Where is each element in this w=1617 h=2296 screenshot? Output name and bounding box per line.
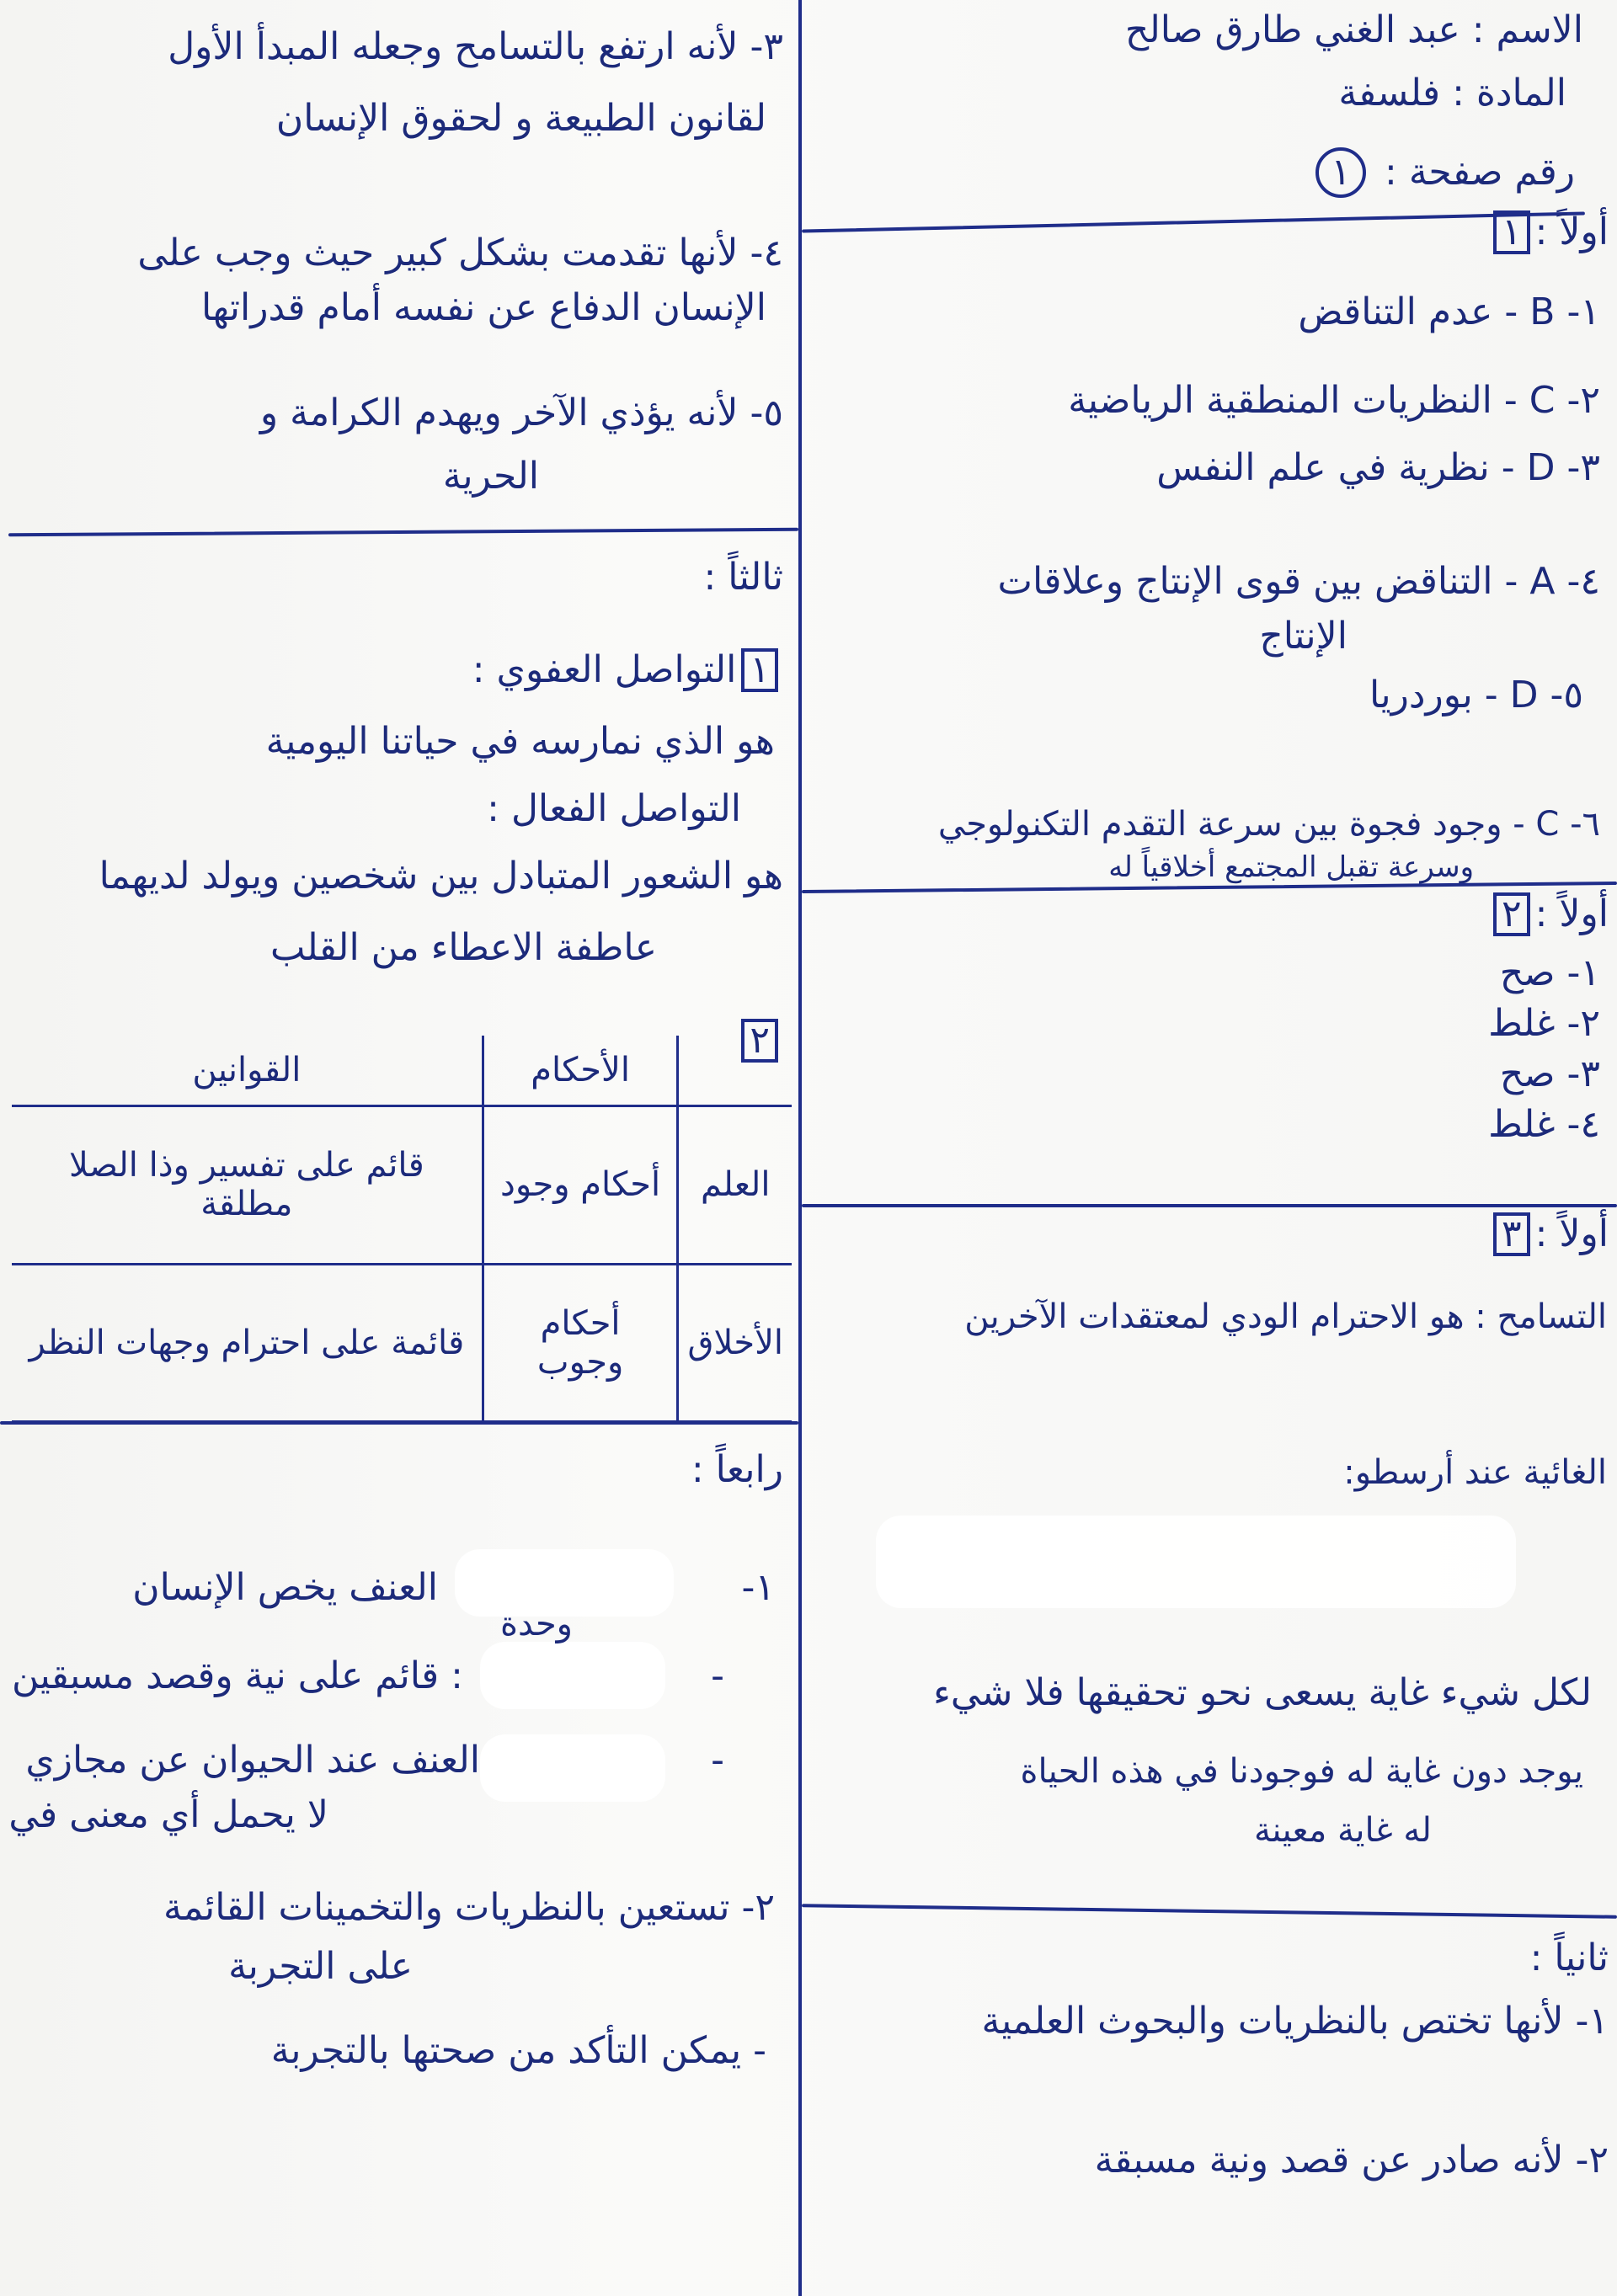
item-num: ٤- [750,232,783,274]
s2-item-3: ٣- صح [1500,1052,1600,1097]
fourth-item-2-bullet: - [711,1654,724,1699]
item-text: نظرية في علم النفس [1156,446,1489,489]
item-num: ٢- [1566,1002,1600,1045]
left-divider-1 [8,528,798,537]
item-text: عدم التناقض [1298,290,1492,333]
section1-title: أولاً : [1535,210,1609,253]
erased-area [480,1642,665,1709]
item-num: ٥- [750,392,783,434]
section2-divider [802,1204,1617,1207]
section1-heading: أولاً :١ [1488,210,1609,255]
s1-item-4: ٤- A - التناقض بين قوى الإنتاج وعلاقات [998,560,1600,605]
student-name: عبد الغني طارق صالح [1125,8,1460,51]
item-num: ٢- [741,1886,775,1929]
item-num: ٤- [1566,1103,1600,1146]
item-text: غلط [1488,1002,1555,1045]
item-num: ١- [1566,951,1600,994]
column-divider [798,0,802,2296]
effective-title: التواصل الفعال : [487,787,741,832]
erased-area [480,1734,665,1802]
spontaneous-definition: هو الذي نمارسه في حياتنا اليومية [266,720,775,764]
section3-box: ٣ [1493,1212,1530,1256]
subject-label: المادة : [1452,72,1566,115]
item-letter: D [1527,446,1556,489]
header-divider [802,211,1585,232]
table-cell: قائم على تفسير وذا الصلا مطلقة [12,1106,483,1265]
item-num: ١- [1566,290,1600,333]
s2-item-2: ٢- غلط [1488,1002,1600,1047]
item-num: ٣- [1566,446,1600,489]
page-number-circle: ١ [1315,147,1366,198]
item-text: لأنه يؤذي الآخر ويهدم الكرامة و [260,392,739,434]
item-text: صح [1500,1052,1556,1095]
spontaneous-heading: ١التواصل العفوي : [472,648,783,693]
item-num: - [753,2029,766,2072]
second-item-1: ١- لأنها تختص بالنظريات والبحوث العلمية [981,2000,1609,2044]
section1-box: ١ [1493,210,1530,254]
item-text: لأنه صادر عن قصد ونية مسبقة [1095,2139,1564,2181]
item-num: ٦- [1570,805,1600,844]
item-text: وجود فجوة بين سرعة التقدم التكنولوجي [938,805,1502,844]
item-text: النظريات المنطقية الرياضية [1068,379,1492,422]
page-number-line: رقم صفحة : ١ [1309,147,1575,198]
third-box-1: ١ [741,648,778,692]
item-text: لأنها تقدمت بشكل كبير حيث وجب على [137,232,738,274]
fourth-item-1: ١- [741,1566,775,1611]
teleology-label: الغائية عند أرسطو: [1343,1452,1607,1493]
fourth-item-5: - يمكن التأكد من صحتها بالتجربة [271,2029,766,2074]
item-text: صح [1500,951,1556,994]
s1-item-6-cont: وسرعة تقبل المجتمع أخلاقياً له [1108,850,1474,885]
left-item-5: ٥- لأنه يؤذي الآخر ويهدم الكرامة و [260,392,783,436]
s2-item-4: ٤- غلط [1488,1103,1600,1148]
item-text: يمكن التأكد من صحتها بالتجربة [271,2029,741,2072]
section2-box: ٢ [1493,892,1530,936]
item-text: بوردريا [1369,674,1473,717]
item-text: لأنها تختص بالنظريات والبحوث العلمية [981,2000,1563,2043]
table-header-judgments: الأحكام [483,1036,678,1106]
fourth-item-4-cont: على التجربة [228,1945,413,1990]
fourth-item-3-bullet: - [711,1739,724,1783]
table-row: الأخلاق أحكام وجوب قائمة على احترام وجها… [12,1264,792,1422]
item-num: ٣- [750,25,783,68]
left-item-4: ٤- لأنها تقدمت بشكل كبير حيث وجب على [137,232,783,276]
effective-def-line-1: هو الشعور المتبادل بين شخصين ويولد لديهم… [99,855,783,899]
s1-item-2: ٢- C - النظريات المنطقية الرياضية [1068,379,1600,424]
item-text: لأنه ارتفع بالتسامح وجعله المبدأ الأول [168,25,738,68]
table-cell: أحكام وجوب [483,1264,678,1422]
table-header-row: الأحكام القوانين [12,1036,792,1106]
answer-sheet: الاسم : عبد الغني طارق صالح المادة : فلس… [0,0,1617,2296]
item-num: ٣- [1566,1052,1600,1095]
teleology-line-3: له غاية معينة [1254,1810,1432,1851]
third-section-title: ثالثاً : [703,556,783,600]
left-item-5-cont: الحرية [443,455,539,499]
item-num: ١- [741,1566,775,1609]
table-cell: قائمة على احترام وجهات النظر [12,1264,483,1422]
s1-item-5: ٥- D - بوردريا [1369,674,1583,718]
fourth-item-2-text: : قائم على نية وقصد مسبقين [12,1654,463,1699]
item-num: ٢- [1566,379,1600,422]
s1-item-6: ٦- C - وجود فجوة بين سرعة التقدم التكنول… [938,804,1600,844]
subject-line: المادة : فلسفة [1338,72,1566,116]
s2-item-1: ١- صح [1500,951,1600,996]
table-header-laws: القوانين [12,1036,483,1106]
left-item-4-cont: الإنسان الدفاع عن نفسه أمام قدراتها [201,286,766,331]
teleology-line-1: لكل شيء غاية يسعى نحو تحقيقها فلا شيء [933,1671,1592,1716]
s1-item-3: ٣- D - نظرية في علم النفس [1156,446,1600,491]
item-letter: C [1535,805,1559,844]
section3-title: أولاً : [1535,1212,1609,1255]
name-line: الاسم : عبد الغني طارق صالح [1125,8,1583,53]
fourth-item-3-text: العنف عند الحيوان عن مجازي [25,1739,480,1783]
section3-heading: أولاً :٣ [1488,1212,1609,1257]
page-label: رقم صفحة : [1385,151,1575,194]
section2-title: أولاً : [1535,892,1609,935]
s1-item-1: ١- B - عدم التناقض [1298,290,1600,335]
table-cell: العلم [678,1106,792,1265]
subject-value: فلسفة [1338,72,1440,115]
table-row: العلم أحكام وجود قائم على تفسير وذا الصل… [12,1106,792,1265]
item-num: ٤- [1566,560,1600,603]
erased-area [876,1516,1516,1608]
fourth-item-1-text: العنف يخص الإنسان [132,1566,438,1611]
item-num: ٢- [1575,2139,1609,2181]
item-letter: D [1510,674,1539,717]
left-divider-2 [0,1421,798,1425]
table-cell: أحكام وجود [483,1106,678,1265]
left-item-3: ٣- لأنه ارتفع بالتسامح وجعله المبدأ الأو… [168,25,783,70]
item-letter: B [1529,290,1555,333]
effective-def-line-2: عاطفة الاعطاء من القلب [270,926,657,971]
item-num: ٥- [1550,674,1583,717]
item-text: غلط [1488,1103,1555,1146]
fourth-item-1-cont: وحدة [500,1604,573,1644]
second-item-2: ٢- لأنه صادر عن قصد ونية مسبقة [1095,2139,1609,2183]
table-cell: الأخلاق [678,1264,792,1422]
section2-heading: أولاً :٢ [1488,892,1609,937]
table-header-empty [678,1036,792,1106]
item-letter: A [1529,560,1555,603]
fourth-item-4: ٢- تستعين بالنظريات والتخمينات القائمة [163,1886,775,1931]
item-num: ١- [1575,2000,1609,2043]
item-text: تستعين بالنظريات والتخمينات القائمة [163,1886,729,1929]
item-text: التناقض بين قوى الإنتاج وعلاقات [998,560,1493,603]
left-item-3-cont: لقانون الطبيعة و لحقوق الإنسان [276,97,766,141]
fourth-section-title: رابعاً : [691,1448,783,1493]
item-letter: C [1529,379,1556,422]
section3-divider [802,1904,1617,1919]
second-section-title: ثانياً : [1530,1936,1609,1981]
fourth-item-3-cont: لا يحمل أي معنى في ذاته [0,1793,328,1838]
tolerance-definition: التسامح : هو الاحترام الودي لمعتقدات الآ… [964,1297,1607,1337]
name-label: الاسم : [1472,8,1583,51]
teleology-line-2: يوجد دون غاية له فوجودنا في هذه الحياة [1021,1751,1584,1792]
spontaneous-title: التواصل العفوي : [472,648,737,691]
s1-item-4-cont: الإنتاج [1259,615,1347,659]
comparison-table: الأحكام القوانين العلم أحكام وجود قائم ع… [12,1036,792,1423]
